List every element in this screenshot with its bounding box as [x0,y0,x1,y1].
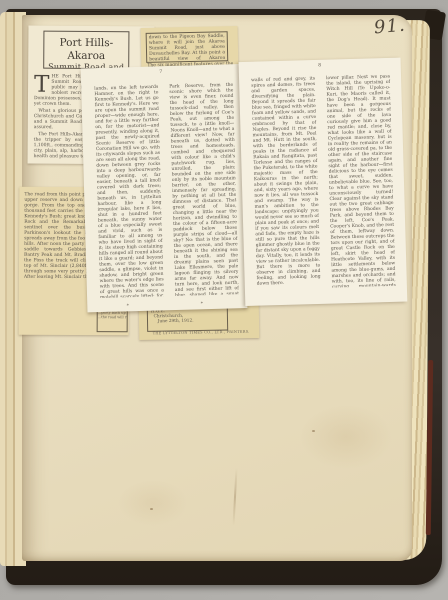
pamphlet-column-4: lower pillar. Next we pass the island, t… [326,74,396,288]
pamphlet-column-3: walls of red and grey, its spires and do… [251,76,321,290]
pamphlet-column-4-text: lower pillar. Next we pass the island, t… [326,74,396,288]
route-note-text: down to the Pigeon Bay Saddle, where it … [149,33,226,63]
pamphlet-sheet-right: 8 walls of red and grey, its spires and … [239,58,408,306]
folio-number: 91. [373,15,406,39]
pamphlet-column-1-text: lands, on the left towards Hamner, on th… [94,84,164,298]
page-number-7: 7 [121,68,201,75]
route-note-box: down to the Pigeon Bay Saddle, where it … [146,31,229,63]
speck [312,430,315,432]
pamphlet-sheet-left: 7 lands, on the left towards Hamner, on … [81,64,248,312]
printer-imprint-holder: THE LYTTELTON TIMES CO., LTD., PRINTERS. [147,329,255,338]
pamphlet-column-2: Park Reserve, from the scenic shore whic… [169,82,239,296]
footer-mark: * [201,301,203,306]
headline-line-1: Port Hills-Akaroa [44,36,128,63]
pamphlet-column-2-text: Park Reserve, from the scenic shore whic… [169,82,239,296]
footer-mark: * [127,303,129,308]
pamphlet-column-3-text: walls of red and grey, its spires and do… [251,76,321,287]
page-number-8: 8 [279,62,360,69]
clipping-pamphlet-spread: 7 lands, on the left towards Hamner, on … [81,58,408,313]
drop-cap: T [34,74,49,94]
headline-box: Port Hills-Akaroa Summit Road and Reserv… [43,31,129,70]
pamphlet-column-1: lands, on the left towards Hamner, on th… [94,84,164,298]
speck [150,508,153,510]
printer-imprint: THE LYTTELTON TIMES CO., LTD., PRINTERS. [147,329,255,336]
